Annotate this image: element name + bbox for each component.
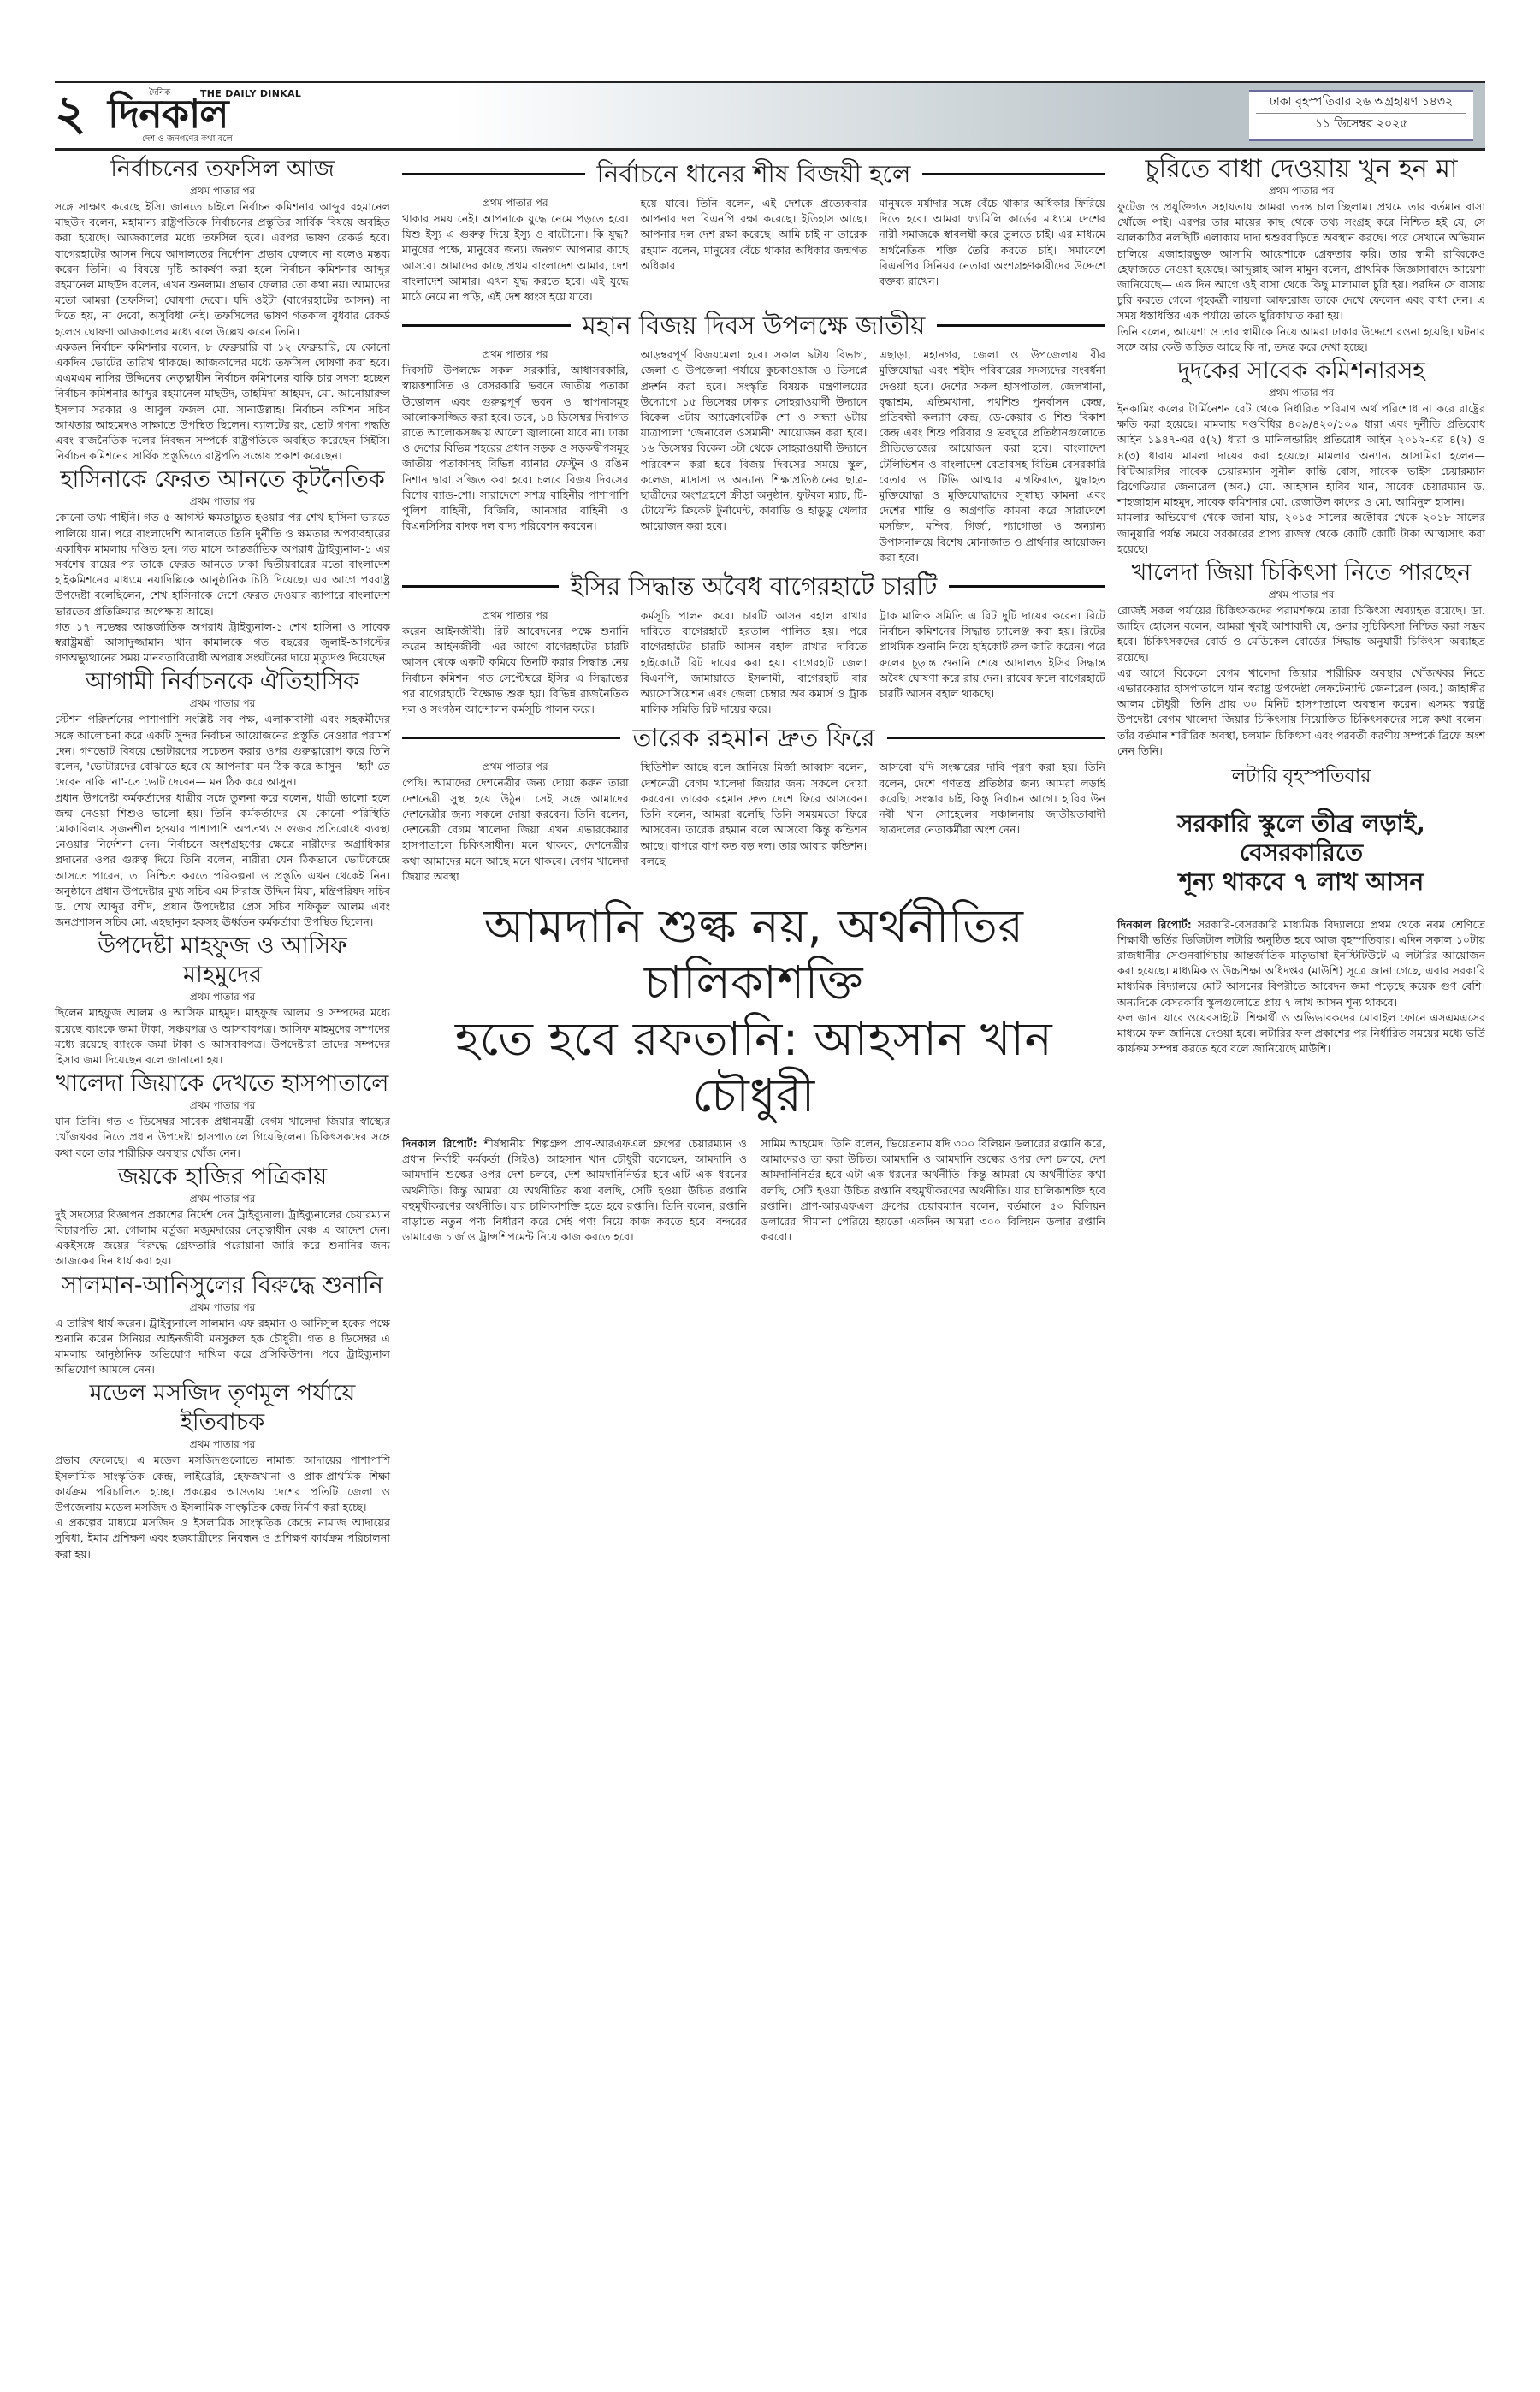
dateline-box: ঢাকা বৃহস্পতিবার ২৬ অগ্রহায়ণ ১৪৩২ ১১ ডি… <box>1249 90 1473 141</box>
article-joy-summons: জয়কে হাজির পত্রিকায় প্রথম পাতার পর দুই… <box>55 1163 390 1270</box>
continued-label: প্রথম পাতার পর <box>402 196 629 210</box>
headline[interactable]: নির্বাচনে ধানের শীষ বিজয়ী হলে <box>597 158 911 189</box>
continued-label: প্রথম পাতার পর <box>402 347 629 361</box>
article-victory-day: মহান বিজয় দিবস উপলক্ষে জাতীয় প্রথম পাত… <box>402 310 1105 565</box>
newspaper-logo[interactable]: দৈনিক THE DAILY DINKAL দিনকাল দেশ ও জনগণ… <box>108 85 305 145</box>
continued-label: প্রথম পাতার পর <box>55 184 390 198</box>
paragraph: ফুটেজ ও প্রযুক্তিগত সহায়তায় আমরা তদন্ত… <box>1117 199 1485 324</box>
paragraph: এর আগে বিকেলে বেগম খালেদা জিয়ার শারীরিক… <box>1117 666 1485 759</box>
divider-rule <box>402 173 585 175</box>
divider-rule <box>922 173 1105 175</box>
paragraph: দুই সদস্যের বিজ্ঞাপন প্রকাশের নির্দেশ দে… <box>55 1207 390 1270</box>
article-export-economy: আমদানি শুল্ক নয়, অর্থনীতির চালিকাশক্তি … <box>402 898 1105 1245</box>
article-election-schedule: নির্বাচনের তফসিল আজ প্রথম পাতার পর সঙ্গে… <box>55 155 390 464</box>
continued-label: প্রথম পাতার পর <box>1117 386 1485 400</box>
article-bagerhat-seats: ইসির সিদ্ধান্ত অবৈধ বাগেরহাটে চারটি প্রথ… <box>402 571 1105 717</box>
headline[interactable]: উপদেষ্টা মাহফুজ ও আসিফ মাহমুদের <box>55 932 390 990</box>
divider-rule <box>937 324 1105 327</box>
three-column-body: প্রথম পাতার পর পেছি। আমাদের দেশনেত্রীর জ… <box>402 760 1105 884</box>
logo-bangla-name: দিনকাল <box>108 93 228 134</box>
masthead: ২ দৈনিক THE DAILY DINKAL দিনকাল দেশ ও জন… <box>55 81 1485 151</box>
ruled-headline: মহান বিজয় দিবস উপলক্ষে জাতীয় <box>402 310 1105 340</box>
article-acc-commissioner: দুদকের সাবেক কমিশনারসহ প্রথম পাতার পর ইন… <box>1117 357 1485 557</box>
paragraph: ফল জানা যাবে ওয়েবসাইটে। শিক্ষার্থী ও অভ… <box>1117 1010 1485 1057</box>
three-column-body: প্রথম পাতার পর থাকার সময় নেই। আপনাকে যু… <box>402 196 1105 305</box>
paragraph: দিনকাল রিপোর্ট: শীর্ষস্থানীয় শিল্পগ্রুপ… <box>402 1136 747 1245</box>
newspaper-page: ২ দৈনিক THE DAILY DINKAL দিনকাল দেশ ও জন… <box>55 81 1485 151</box>
paragraph: একজন নির্বাচন কমিশনার বলেন, ৮ ফেব্রুয়ার… <box>55 340 390 465</box>
continued-label: প্রথম পাতার পর <box>55 1098 390 1112</box>
headline[interactable]: হাসিনাকে ফেরত আনতে কূটনৈতিক <box>55 465 390 494</box>
continued-label: প্রথম পাতার পর <box>55 1192 390 1205</box>
banner-line-1: আমদানি শুল্ক নয়, অর্থনীতির চালিকাশক্তি <box>402 898 1105 1011</box>
headline[interactable]: দুদকের সাবেক কমিশনারসহ <box>1117 357 1485 386</box>
headline[interactable]: সরকারি স্কুলে তীব্র লড়াই, বেসরকারিতে শূ… <box>1117 809 1485 897</box>
paragraph: থাকার সময় নেই। আপনাকে যুদ্ধে নেমে পড়তে… <box>402 211 629 305</box>
divider-rule <box>402 585 559 588</box>
paragraph: ছিলেন মাহফুজ আলম ও আসিফ মাহমুদ। মাহফুজ আ… <box>55 1005 390 1068</box>
paragraph: সামিম আহমেদ। তিনি বলেন, ভিয়েতনাম যদি ৩০… <box>761 1136 1105 1245</box>
continued-label: প্রথম পাতার পর <box>55 1437 390 1451</box>
paragraph: এ প্রকল্পের মাধ্যমে মসজিদ ও ইসলামিক সাংস… <box>55 1515 390 1562</box>
banner-headline[interactable]: আমদানি শুল্ক নয়, অর্থনীতির চালিকাশক্তি … <box>402 898 1105 1124</box>
paragraph: স্থিতিশীল আছে বলে জানিয়ে মির্জা আব্বাস … <box>641 760 868 884</box>
article-advisers-assets: উপদেষ্টা মাহফুজ ও আসিফ মাহমুদের প্রথম পা… <box>55 932 390 1068</box>
divider-rule <box>887 737 1105 739</box>
paragraph: কোনো তথ্য পাইনি। গত ৫ আগস্ট ক্ষমতাচ্যুত … <box>55 510 390 619</box>
headline[interactable]: জয়কে হাজির পত্রিকায় <box>55 1163 390 1192</box>
logo-tagline: দেশ ও জনগণের কথা বলে <box>142 133 233 147</box>
divider-rule <box>402 324 571 327</box>
article-salman-anisul-hearing: সালমান-আনিসুলের বিরুদ্ধে শুনানি প্রথম পা… <box>55 1271 390 1378</box>
headline[interactable]: নির্বাচনের তফসিল আজ <box>55 155 390 184</box>
paragraph: ইনকামিং কলের টার্মিনেশন রেট থেকে নির্ধার… <box>1117 401 1485 510</box>
article-mother-killed: চুরিতে বাধা দেওয়ায় খুন হন মা প্রথম পাত… <box>1117 155 1485 355</box>
paragraph: প্রধান উপদেষ্টা কর্মকর্তাদের ধাত্রীর সঙ্… <box>55 790 390 931</box>
continued-label: প্রথম পাতার পর <box>55 1300 390 1314</box>
paragraph: মামলার অভিযোগ থেকে জানা যায়, ২০১৫ সালের… <box>1117 510 1485 557</box>
headline[interactable]: সালমান-আনিসুলের বিরুদ্ধে শুনানি <box>55 1271 390 1300</box>
ruled-headline: তারেক রহমান দ্রুত ফিরে <box>402 722 1105 753</box>
continued-label: প্রথম পাতার পর <box>55 990 390 1004</box>
ruled-headline: নির্বাচনে ধানের শীষ বিজয়ী হলে <box>402 158 1105 189</box>
paragraph: এ তারিখ ধার্য করেন। ট্রাইব্যুনালে সালমান… <box>55 1316 390 1378</box>
date-bangla: ঢাকা বৃহস্পতিবার ২৬ অগ্রহায়ণ ১৪৩২ <box>1256 92 1466 114</box>
paragraph: তিনি বলেন, আয়েশা ও তার স্বামীকে নিয়ে আ… <box>1117 324 1485 355</box>
headline[interactable]: খালেদা জিয়া চিকিৎসা নিতে পারছেন <box>1117 559 1485 588</box>
paragraph: যান তিনি। গত ৩ ডিসেম্বর সাবেক প্রধানমন্ত… <box>55 1114 390 1161</box>
byline: দিনকাল রিপোর্ট: <box>1117 918 1192 931</box>
paragraph: মানুষকে মর্যাদার সঙ্গে বেঁচে থাকার অধিকা… <box>879 196 1105 305</box>
article-khaleda-hospital-visit: খালেদা জিয়াকে দেখতে হাসপাতালে প্রথম পাত… <box>55 1069 390 1161</box>
right-column: চুরিতে বাধা দেওয়ায় খুন হন মা প্রথম পাত… <box>1117 153 1485 1057</box>
paragraph: হয়ে যাবে। তিনি বলেন, এই দেশকে প্রত্যেকব… <box>641 196 868 305</box>
paragraph: কর্মসূচি পালন করে। চারটি আসন বহাল রাখার … <box>641 608 868 717</box>
headline[interactable]: ইসির সিদ্ধান্ত অবৈধ বাগেরহাটে চারটি <box>571 571 938 601</box>
paragraph: পেছি। আমাদের দেশনেত্রীর জন্য দোয়া করুন … <box>402 775 629 884</box>
paragraph: গত ১৭ নভেম্বর আন্তর্জাতিক অপরাধ ট্রাইব্য… <box>55 619 390 666</box>
paragraph: করেন আইনজীবী। রিট আবেদনের পক্ষে শুনানি ক… <box>402 624 629 717</box>
two-column-body: দিনকাল রিপোর্ট: শীর্ষস্থানীয় শিল্পগ্রুপ… <box>402 1136 1105 1245</box>
date-english: ১১ ডিসেম্বর ২০২৫ <box>1249 114 1473 135</box>
three-column-body: প্রথম পাতার পর দিবসটি উপলক্ষে সকল সরকারি… <box>402 347 1105 565</box>
paragraph: স্টেশন পরিদর্শনের পাশাপাশি সংশ্লিষ্ট সব … <box>55 712 390 790</box>
continued-label: প্রথম পাতার পর <box>402 760 629 773</box>
headline[interactable]: মডেল মসজিদ তৃণমূল পর্যায়ে ইতিবাচক <box>55 1379 390 1437</box>
kicker: লটারি বৃহস্পতিবার <box>1117 764 1485 790</box>
paragraph: প্রভাব ফেলেছে। এ মডেল মসজিদগুলোতে নামাজ … <box>55 1453 390 1515</box>
page-number: ২ <box>55 88 86 139</box>
paragraph: আসবো যদি সংস্কারের দাবি পূরণ করা হয়। তি… <box>879 760 1105 884</box>
continued-label: প্রথম পাতার পর <box>402 608 629 622</box>
article-historic-election: আগামী নির্বাচনকে ঐতিহাসিক প্রথম পাতার পর… <box>55 667 390 930</box>
headline[interactable]: তারেক রহমান দ্রুত ফিরে <box>632 722 874 753</box>
paragraph: দিবসটি উপলক্ষে সকল সরকারি, আধাসরকারি, স্… <box>402 363 629 534</box>
article-hasina-extradition: হাসিনাকে ফেরত আনতে কূটনৈতিক প্রথম পাতার … <box>55 465 390 666</box>
article-khaleda-treatment: খালেদা জিয়া চিকিৎসা নিতে পারছেন প্রথম প… <box>1117 559 1485 759</box>
article-paddy-sheaf: নির্বাচনে ধানের শীষ বিজয়ী হলে প্রথম পাত… <box>402 158 1105 305</box>
article-school-lottery: লটারি বৃহস্পতিবার সরকারি স্কুলে তীব্র লড… <box>1117 764 1485 1057</box>
paragraph: আড়ম্বরপূর্ণ বিজয়মেলা হবে। সকাল ৯টায় ব… <box>641 347 868 565</box>
paragraph: রোজই সকল পর্যায়ের চিকিৎসকদের পরামর্শক্র… <box>1117 603 1485 666</box>
article-tarique-return: তারেক রহমান দ্রুত ফিরে প্রথম পাতার পর পে… <box>402 722 1105 884</box>
continued-label: প্রথম পাতার পর <box>55 494 390 508</box>
continued-label: প্রথম পাতার পর <box>1117 588 1485 601</box>
paragraph: দিনকাল রিপোর্ট: সরকারি-বেসরকারি মাধ্যমিক… <box>1117 917 1485 1010</box>
ruled-headline: ইসির সিদ্ধান্ত অবৈধ বাগেরহাটে চারটি <box>402 571 1105 601</box>
article-model-mosque: মডেল মসজিদ তৃণমূল পর্যায়ে ইতিবাচক প্রথম… <box>55 1379 390 1561</box>
paragraph: সঙ্গে সাক্ষাৎ করেছে ইসি। জানতে চাইলে নির… <box>55 199 390 340</box>
byline: দিনকাল রিপোর্ট: <box>402 1137 477 1150</box>
continued-label: প্রথম পাতার পর <box>55 696 390 710</box>
headline-line-2: শূন্য থাকবে ৭ লাখ আসন <box>1117 867 1485 897</box>
left-column: নির্বাচনের তফসিল আজ প্রথম পাতার পর সঙ্গে… <box>55 153 390 1562</box>
banner-line-2: হতে হবে রফতানি: আহসান খান চৌধুরী <box>402 1011 1105 1124</box>
middle-column: নির্বাচনে ধানের শীষ বিজয়ী হলে প্রথম পাত… <box>402 153 1105 1245</box>
divider-rule <box>402 737 620 739</box>
headline[interactable]: খালেদা জিয়াকে দেখতে হাসপাতালে <box>55 1069 390 1098</box>
divider-rule <box>949 585 1105 588</box>
paragraph: ট্রাক মালিক সমিতি এ রিট দুটি দায়ের করেন… <box>879 608 1105 717</box>
continued-label: প্রথম পাতার পর <box>1117 184 1485 198</box>
headline[interactable]: মহান বিজয় দিবস উপলক্ষে জাতীয় <box>583 310 926 340</box>
headline[interactable]: আগামী নির্বাচনকে ঐতিহাসিক <box>55 667 390 696</box>
three-column-body: প্রথম পাতার পর করেন আইনজীবী। রিট আবেদনের… <box>402 608 1105 717</box>
headline-line-1: সরকারি স্কুলে তীব্র লড়াই, বেসরকারিতে <box>1117 809 1485 867</box>
paragraph: এছাড়া, মহানগর, জেলা ও উপজেলায় বীর মুক্… <box>879 347 1105 565</box>
headline[interactable]: চুরিতে বাধা দেওয়ায় খুন হন মা <box>1117 155 1485 184</box>
